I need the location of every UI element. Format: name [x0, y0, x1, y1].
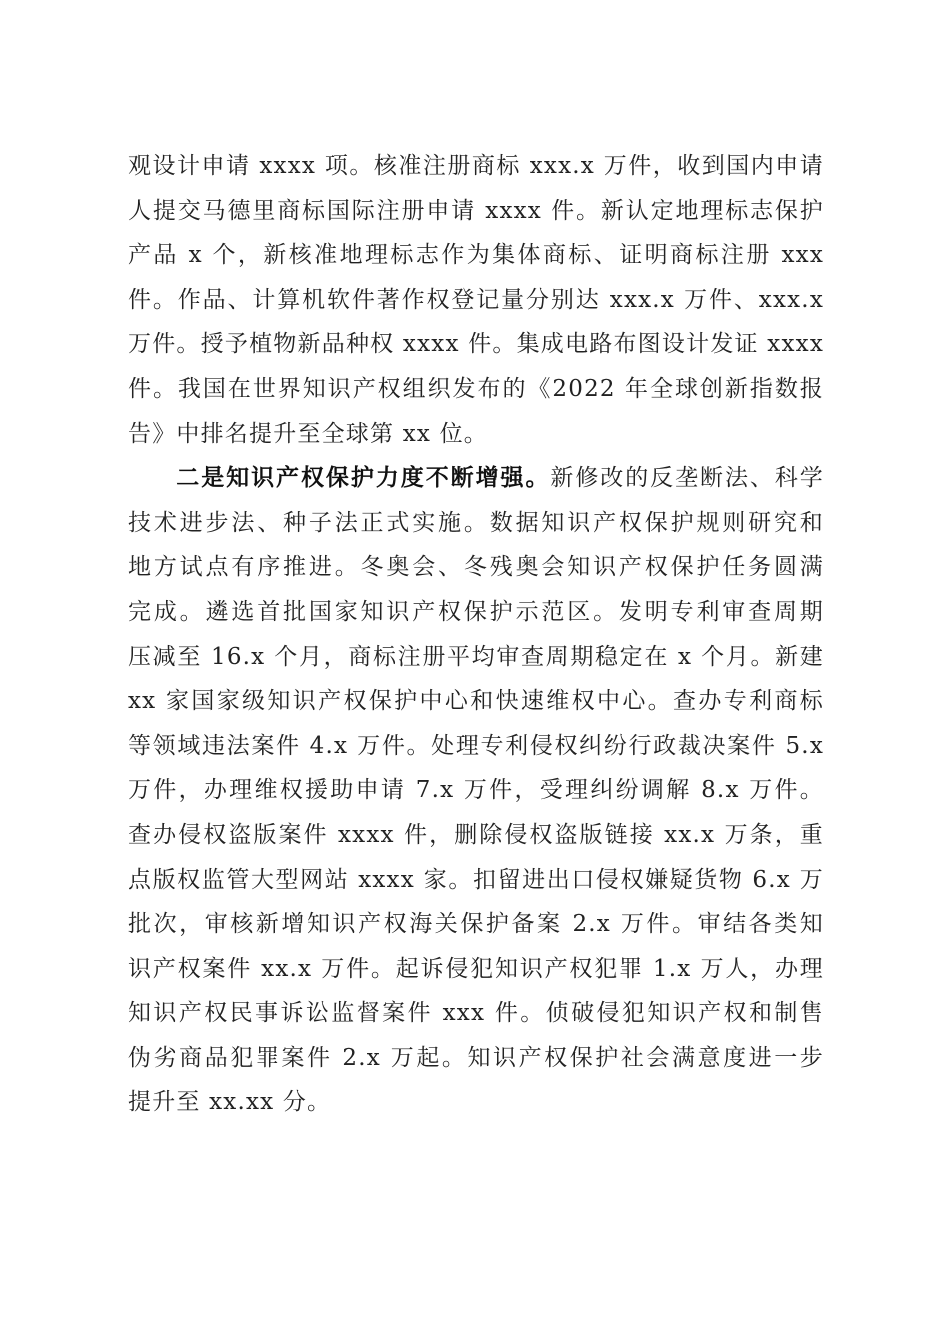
text-line: 万件，办理维权援助申请 7.x 万件，受理纠纷调解 8.x 万件。	[128, 768, 824, 813]
text-line: 伪劣商品犯罪案件 2.x 万起。知识产权保护社会满意度进一步	[128, 1036, 824, 1081]
text-line: 告》中排名提升至全球第 xx 位。	[128, 412, 824, 457]
document-body: 观设计申请 xxxx 项。核准注册商标 xxx.x 万件，收到国内申请 人提交马…	[128, 144, 824, 1125]
paragraph-ip-protection: 二是知识产权保护力度不断增强。新修改的反垄断法、科学 技术进步法、种子法正式实施…	[128, 456, 824, 1125]
text-line: 等领域违法案件 4.x 万件。处理专利侵权纠纷行政裁决案件 5.x	[128, 724, 824, 769]
paragraph-lead-heading: 二是知识产权保护力度不断增强。	[176, 464, 550, 491]
text-line: 技术进步法、种子法正式实施。数据知识产权保护规则研究和	[128, 501, 824, 546]
document-page: 观设计申请 xxxx 项。核准注册商标 xxx.x 万件，收到国内申请 人提交马…	[0, 0, 950, 1344]
text-line: 人提交马德里商标国际注册申请 xxxx 件。新认定地理标志保护	[128, 189, 824, 234]
text-line: 件。我国在世界知识产权组织发布的《2022 年全球创新指数报	[128, 367, 824, 412]
text-line: 万件。授予植物新品种权 xxxx 件。集成电路布图设计发证 xxxx	[128, 322, 824, 367]
text-line: 提升至 xx.xx 分。	[128, 1080, 824, 1125]
text-line: 查办侵权盗版案件 xxxx 件，删除侵权盗版链接 xx.x 万条，重	[128, 813, 824, 858]
text-line: 产品 x 个，新核准地理标志作为集体商标、证明商标注册 xxx	[128, 233, 824, 278]
text-line: 地方试点有序推进。冬奥会、冬残奥会知识产权保护任务圆满	[128, 545, 824, 590]
text-line: 批次，审核新增知识产权海关保护备案 2.x 万件。审结各类知	[128, 902, 824, 947]
text-line: 件。作品、计算机软件著作权登记量分别达 xxx.x 万件、xxx.x	[128, 278, 824, 323]
text-line: 完成。遴选首批国家知识产权保护示范区。发明专利审查周期	[128, 590, 824, 635]
text-line: 知识产权民事诉讼监督案件 xxx 件。侦破侵犯知识产权和制售	[128, 991, 824, 1036]
text-line: xx 家国家级知识产权保护中心和快速维权中心。查办专利商标	[128, 679, 824, 724]
paragraph-trademark-stats: 观设计申请 xxxx 项。核准注册商标 xxx.x 万件，收到国内申请 人提交马…	[128, 144, 824, 456]
text-line: 识产权案件 xx.x 万件。起诉侵犯知识产权犯罪 1.x 万人，办理	[128, 947, 824, 992]
text-line: 点版权监管大型网站 xxxx 家。扣留进出口侵权嫌疑货物 6.x 万	[128, 858, 824, 903]
text-line-first: 二是知识产权保护力度不断增强。新修改的反垄断法、科学	[128, 456, 824, 501]
first-line-rest: 新修改的反垄断法、科学	[550, 465, 824, 491]
text-line: 压减至 16.x 个月，商标注册平均审查周期稳定在 x 个月。新建	[128, 635, 824, 680]
text-line: 观设计申请 xxxx 项。核准注册商标 xxx.x 万件，收到国内申请	[128, 144, 824, 189]
